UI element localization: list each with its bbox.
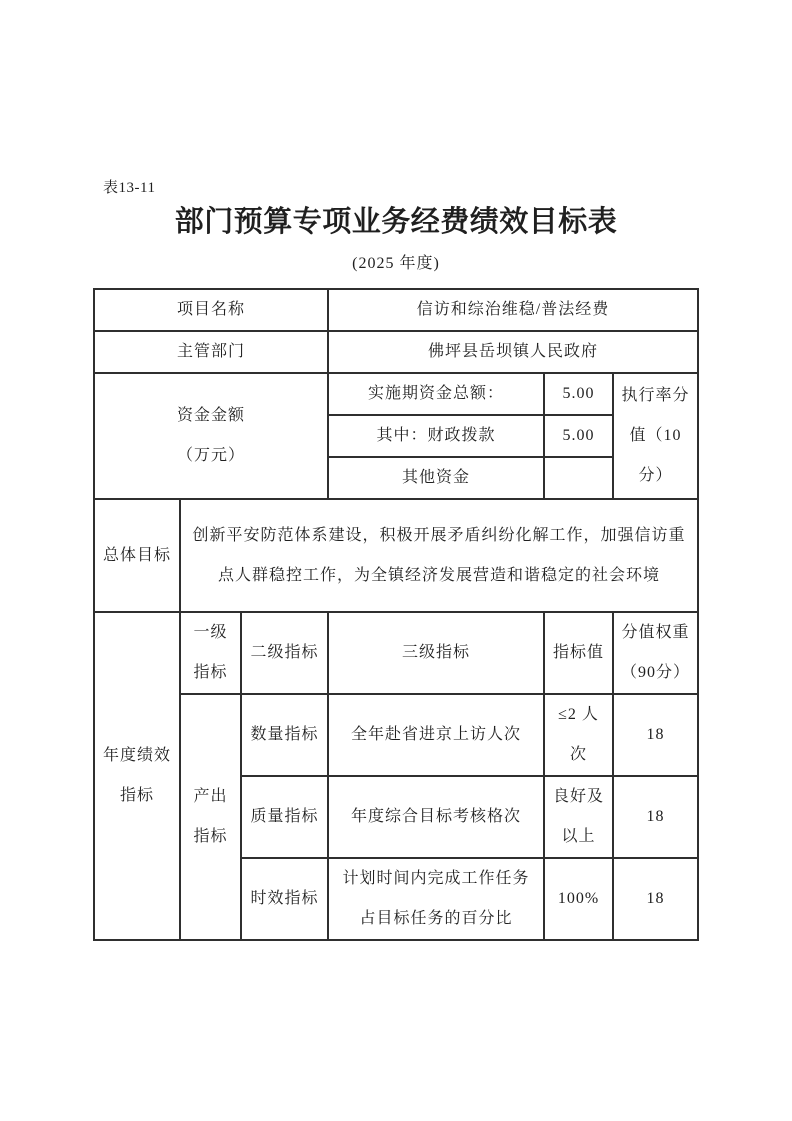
funding-total-value: 5.00 bbox=[544, 373, 613, 415]
department-value: 佛坪县岳坝镇人民政府 bbox=[328, 331, 698, 373]
header-indicator-value: 指标值 bbox=[544, 612, 613, 694]
table-row: 项目名称 信访和综治维稳/普法经费 bbox=[94, 289, 698, 331]
annual-indicator-label: 年度绩效 指标 bbox=[94, 612, 180, 940]
timeliness-indicator-label: 时效指标 bbox=[241, 858, 328, 940]
header-level3: 三级指标 bbox=[328, 612, 544, 694]
performance-target-table: 项目名称 信访和综治维稳/普法经费 主管部门 佛坪县岳坝镇人民政府 资金金额 （… bbox=[93, 288, 699, 941]
timeliness-indicator-desc: 计划时间内完成工作任务 占目标任务的百分比 bbox=[328, 858, 544, 940]
header-level1: 一级 指标 bbox=[180, 612, 241, 694]
quality-indicator-weight: 18 bbox=[613, 776, 698, 858]
header-level2: 二级指标 bbox=[241, 612, 328, 694]
timeliness-indicator-value: 100% bbox=[544, 858, 613, 940]
overall-goal-value: 创新平安防范体系建设，积极开展矛盾纠纷化解工作，加强信访重 点人群稳控工作，为全… bbox=[180, 499, 698, 612]
overall-goal-label: 总体目标 bbox=[94, 499, 180, 612]
table-row: 主管部门 佛坪县岳坝镇人民政府 bbox=[94, 331, 698, 373]
table-header-row: 年度绩效 指标 一级 指标 二级指标 三级指标 指标值 分值权重 （90分） bbox=[94, 612, 698, 694]
funding-total-label: 实施期资金总额： bbox=[328, 373, 544, 415]
execution-rate-note: 执行率分 值（10分） bbox=[613, 373, 698, 499]
header-weight: 分值权重 （90分） bbox=[613, 612, 698, 694]
output-indicator-group-label: 产出 指标 bbox=[180, 694, 241, 940]
quantity-indicator-value: ≤2 人 次 bbox=[544, 694, 613, 776]
project-name-value: 信访和综治维稳/普法经费 bbox=[328, 289, 698, 331]
table-row: 资金金额 （万元） 实施期资金总额： 5.00 执行率分 值（10分） bbox=[94, 373, 698, 415]
funding-other-label: 其他资金 bbox=[328, 457, 544, 499]
quality-indicator-label: 质量指标 bbox=[241, 776, 328, 858]
table-row: 产出 指标 数量指标 全年赴省进京上访人次 ≤2 人 次 18 bbox=[94, 694, 698, 776]
quality-indicator-value: 良好及 以上 bbox=[544, 776, 613, 858]
document-page: 表13-11 部门预算专项业务经费绩效目标表 (2025 年度) 项目名称 信访… bbox=[0, 0, 792, 1121]
page-title: 部门预算专项业务经费绩效目标表 bbox=[0, 199, 792, 240]
quality-indicator-desc: 年度综合目标考核格次 bbox=[328, 776, 544, 858]
quantity-indicator-label: 数量指标 bbox=[241, 694, 328, 776]
table-row: 总体目标 创新平安防范体系建设，积极开展矛盾纠纷化解工作，加强信访重 点人群稳控… bbox=[94, 499, 698, 612]
funding-other-value bbox=[544, 457, 613, 499]
funding-fiscal-value: 5.00 bbox=[544, 415, 613, 457]
quantity-indicator-weight: 18 bbox=[613, 694, 698, 776]
timeliness-indicator-weight: 18 bbox=[613, 858, 698, 940]
page-subtitle: (2025 年度) bbox=[0, 250, 792, 273]
table-number-label: 表13-11 bbox=[103, 176, 155, 197]
funding-fiscal-label: 其中：财政拨款 bbox=[328, 415, 544, 457]
project-name-label: 项目名称 bbox=[94, 289, 328, 331]
funding-amount-label: 资金金额 （万元） bbox=[94, 373, 328, 499]
department-label: 主管部门 bbox=[94, 331, 328, 373]
quantity-indicator-desc: 全年赴省进京上访人次 bbox=[328, 694, 544, 776]
